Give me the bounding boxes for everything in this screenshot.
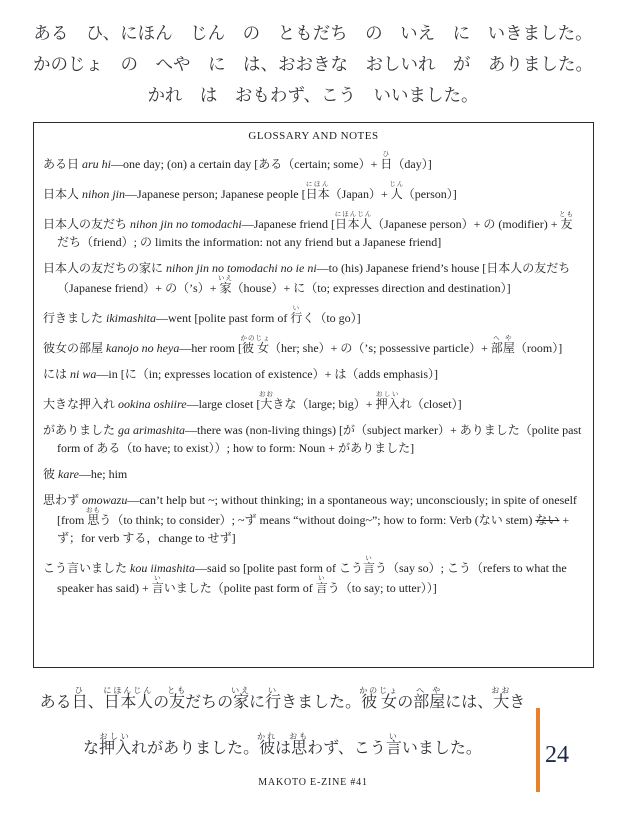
- glossary-entry: には ni wa—in [に（in; expresses location of…: [43, 365, 584, 383]
- text-segment: —in [に（in; expresses location of existen…: [96, 367, 438, 381]
- text-segment: —Japanese person; Japanese people [: [125, 187, 306, 201]
- furigana-ruby: 思おも: [87, 513, 99, 527]
- page-number-bar: [536, 708, 540, 792]
- furigana-ruby: 行い: [265, 694, 281, 711]
- text-segment: 日本人の友だちの家に: [43, 261, 166, 275]
- furigana-ruby: 押入おしい: [376, 397, 400, 411]
- glossary-entries: ある日 aru hi—one day; (on) a certain day […: [43, 151, 584, 597]
- text-segment: な: [83, 740, 99, 757]
- furigana-ruby: 彼女かのじょ: [242, 341, 269, 355]
- text-segment: aru hi: [82, 157, 111, 171]
- furigana-ruby: 言い: [363, 561, 375, 575]
- text-segment: がありました: [43, 423, 118, 437]
- glossary-entry: こう言いました kou iimashita—said so [polite pa…: [43, 555, 584, 597]
- text-segment: 日本人の友だち: [43, 217, 130, 231]
- text-segment: —said so [polite past form of こう: [195, 561, 363, 575]
- outro-line: な押入おしいれがありました。彼かれは思おもわず、こう言いいました。: [30, 726, 535, 772]
- glossary-box: GLOSSARY AND NOTES ある日 aru hi—one day; (…: [33, 122, 594, 668]
- text-segment: ある日: [43, 157, 82, 171]
- furigana-ruby: 大おお: [493, 694, 509, 711]
- text-segment: いました。: [402, 740, 482, 757]
- intro-kana-paragraph: ある ひ、にほん じん の ともだち の いえ に いきました。かのじょ の へ…: [20, 18, 606, 111]
- text-segment: omowazu: [82, 493, 127, 507]
- outro-furigana-paragraph: ある日ひ、日本人にほんじんの友ともだちの家いえに行いきました。彼女かのじょの部屋…: [30, 680, 535, 772]
- text-segment: （house）+ に（to; expresses direction and d…: [232, 281, 511, 295]
- furigana-ruby: 彼かれ: [259, 740, 275, 757]
- text-segment: kou iimashita: [130, 561, 195, 575]
- text-segment: —large closet [: [187, 397, 261, 411]
- furigana-ruby: 日本人にほんじん: [104, 694, 153, 711]
- text-segment: —Japanese friend [: [242, 217, 335, 231]
- page-number: 24: [545, 742, 569, 769]
- furigana-ruby: 彼女かのじょ: [361, 694, 397, 711]
- furigana-ruby: 押入おしい: [99, 740, 131, 757]
- furigana-ruby: 思おも: [291, 740, 307, 757]
- glossary-entry: 日本人の友だちの家に nihon jin no tomodachi no ie …: [43, 259, 584, 297]
- text-segment: （day）]: [392, 157, 431, 171]
- text-segment: 思わず: [43, 493, 82, 507]
- text-segment: ある: [40, 694, 72, 711]
- text-segment: 彼: [43, 467, 58, 481]
- glossary-title: GLOSSARY AND NOTES: [43, 130, 584, 142]
- text-segment: ga arimashita: [118, 423, 185, 437]
- glossary-entry: 彼 kare—he; him: [43, 465, 584, 483]
- text-segment: いました（polite past form of: [164, 581, 316, 595]
- furigana-ruby: 部屋へや: [413, 694, 445, 711]
- text-segment: う（to say; to utter））]: [328, 581, 437, 595]
- text-segment: （room）]: [515, 341, 562, 355]
- text-segment: kanojo no heya: [106, 341, 179, 355]
- text-segment: く（to go）]: [302, 311, 360, 325]
- text-segment: こう言いました: [43, 561, 130, 575]
- glossary-entry: 大きな押入れ ookina oshiire—large closet [大おおき…: [43, 391, 584, 413]
- text-segment: の: [397, 694, 413, 711]
- text-segment: には、: [445, 694, 493, 711]
- text-segment: nihon jin: [82, 187, 125, 201]
- text-segment: （Japan）+: [330, 187, 391, 201]
- text-segment: だち（friend）; の limits the information: no…: [57, 235, 441, 249]
- furigana-ruby: 日ひ: [380, 157, 392, 171]
- text-segment: 彼女の部屋: [43, 341, 106, 355]
- glossary-entry: がありました ga arimashita—there was (non-livi…: [43, 421, 584, 457]
- intro-line: ある ひ、にほん じん の ともだち の いえ に いきました。: [20, 18, 606, 49]
- furigana-ruby: 言い: [316, 581, 328, 595]
- document-page: ある ひ、にほん じん の ともだち の いえ に いきました。かのじょ の へ…: [0, 0, 626, 815]
- glossary-entry: 日本人の友だち nihon jin no tomodachi—Japanese …: [43, 211, 584, 251]
- text-segment: nihon jin no tomodachi no ie ni: [166, 261, 317, 275]
- glossary-entry: 日本人 nihon jin—Japanese person; Japanese …: [43, 181, 584, 203]
- text-segment: nihon jin no tomodachi: [130, 217, 242, 231]
- text-segment: れがありました。: [131, 740, 259, 757]
- glossary-entry: 思わず omowazu—can’t help but ~; without th…: [43, 491, 584, 547]
- text-segment: —he; him: [79, 467, 127, 481]
- furigana-ruby: 大おお: [260, 397, 272, 411]
- furigana-ruby: 友とも: [169, 694, 185, 711]
- furigana-ruby: 日本にほん: [306, 187, 330, 201]
- glossary-entry: 彼女の部屋 kanojo no heya—her room [彼女かのじょ（he…: [43, 335, 584, 357]
- text-segment: 日本人: [43, 187, 82, 201]
- footer-text: MAKOTO E-ZINE #41: [0, 777, 626, 788]
- furigana-ruby: 言い: [386, 740, 402, 757]
- text-segment: ni wa: [70, 367, 96, 381]
- text-segment: —went [polite past form of: [156, 311, 290, 325]
- text-segment: に: [249, 694, 265, 711]
- text-segment: う（to think; to consider）; ~ず means “with…: [99, 513, 535, 527]
- glossary-entry: 行きました ikimashita—went [polite past form …: [43, 305, 584, 327]
- text-segment: （person）]: [403, 187, 457, 201]
- text-segment: わず、こう: [307, 740, 386, 757]
- intro-line: かれ は おもわず、こう いいました。: [20, 80, 606, 111]
- text-segment: —one day; (on) a certain day [ある（certain…: [111, 157, 380, 171]
- furigana-ruby: 家いえ: [233, 694, 249, 711]
- text-segment: れ（closet）]: [400, 397, 462, 411]
- text-segment: きな（large; big）+: [272, 397, 375, 411]
- furigana-ruby: 家いえ: [220, 281, 232, 295]
- text-segment: ikimashita: [106, 311, 156, 325]
- furigana-ruby: 友とも: [561, 217, 573, 231]
- furigana-ruby: 部屋へや: [491, 341, 515, 355]
- text-segment: には: [43, 367, 70, 381]
- text-segment: だちの: [185, 694, 233, 711]
- intro-line: かのじょ の へや に は、おおきな おしいれ が ありました。: [20, 49, 606, 80]
- outro-line: ある日ひ、日本人にほんじんの友ともだちの家いえに行いきました。彼女かのじょの部屋…: [30, 680, 535, 726]
- text-segment: （Japanese person）+ の (modifier) +: [372, 217, 561, 231]
- furigana-ruby: 言い: [152, 581, 164, 595]
- glossary-entry: ある日 aru hi—one day; (on) a certain day […: [43, 151, 584, 173]
- text-segment: きました。: [281, 694, 361, 711]
- text-segment: 、: [88, 694, 104, 711]
- furigana-ruby: 日本人にほんじん: [335, 217, 372, 231]
- furigana-ruby: 人じん: [391, 187, 403, 201]
- text-segment: ない: [535, 513, 559, 527]
- text-segment: 大きな押入れ: [43, 397, 118, 411]
- furigana-ruby: 日ひ: [72, 694, 88, 711]
- text-segment: —her room [: [179, 341, 242, 355]
- text-segment: 行きました: [43, 311, 106, 325]
- text-segment: き: [509, 694, 525, 711]
- text-segment: （her; she）+ の（’s; possessive particle）+: [269, 341, 491, 355]
- furigana-ruby: 行い: [290, 311, 302, 325]
- text-segment: kare: [58, 467, 79, 481]
- text-segment: ookina oshiire: [118, 397, 187, 411]
